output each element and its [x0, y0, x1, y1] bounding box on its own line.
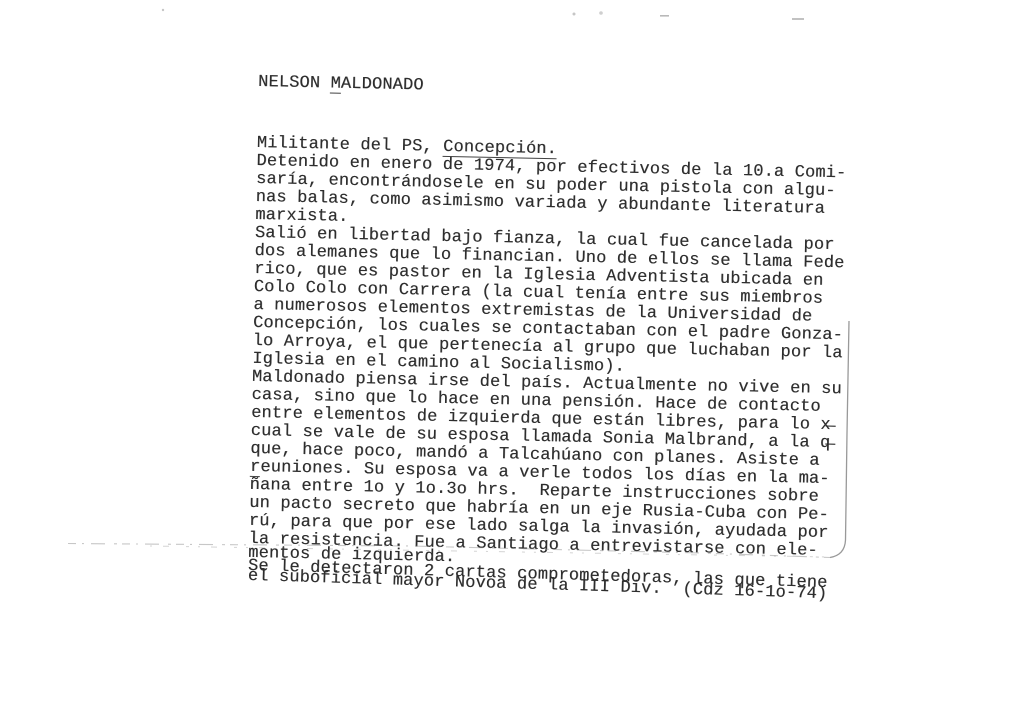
document-scan-page: NELSON MALDONADO Militante del PS, Conce… [0, 0, 1012, 717]
title-text: NELSON [258, 73, 331, 94]
dust-specks [162, 9, 804, 20]
title-text: ALDONADO [341, 75, 424, 96]
underlined-text: r [250, 459, 261, 477]
typewritten-text-block: NELSON MALDONADO Militante del PS, Conce… [247, 38, 939, 636]
document-title: NELSON MALDONADO [258, 74, 938, 106]
title-underlined-text: M [330, 76, 341, 94]
body-lines: Militante del PS, Concepción.Detenido en… [248, 135, 937, 600]
underlined-text: Concepción. [443, 139, 557, 159]
